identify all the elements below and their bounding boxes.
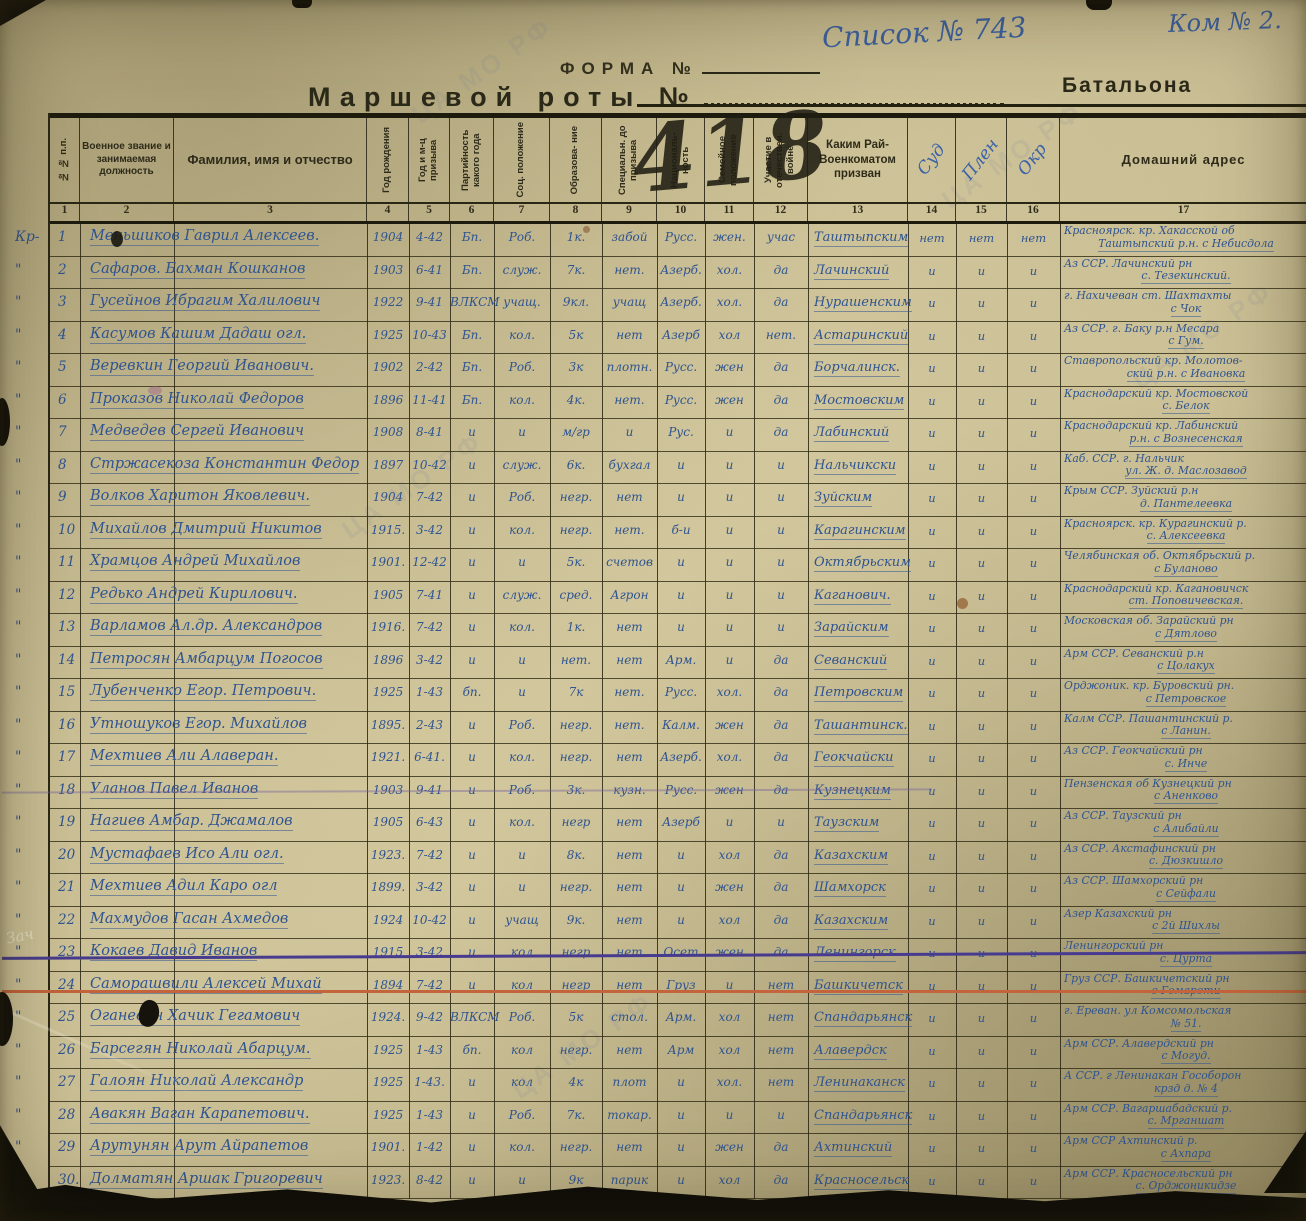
cell-commissariat: Астаринский <box>808 322 908 354</box>
address-line-2: ст. Поповичевская. <box>1064 595 1306 608</box>
cell-war-participation: да <box>754 907 808 939</box>
table-row: Кр-1Меньшиков Гаврил Алексеев.19044-42Бп… <box>50 224 1306 257</box>
cell-commissariat: Ахтинский <box>808 1134 908 1166</box>
address-line-1: Аз ССР. Таузский рн <box>1064 810 1306 823</box>
cell-address: г. Нахичеван ст. Шахтахтыс Чок <box>1060 289 1306 321</box>
cell-commissariat: Нальчикски <box>808 452 908 484</box>
cell-war-participation: да <box>754 289 808 321</box>
cell-family-status: жен <box>705 387 754 419</box>
cell-party: и <box>450 972 494 1004</box>
cell-name: Мехтиев Али Алаверан. <box>80 744 367 776</box>
cell-nationality: и <box>657 874 705 906</box>
cell-address: Орджоник. кр. Буровский рн.с Петровское <box>1060 679 1306 711</box>
cell-court: и <box>908 647 956 679</box>
edge-tear <box>0 992 13 1046</box>
cell-education: 9кл. <box>550 289 602 321</box>
cell-family-status: жен <box>705 712 754 744</box>
cell-education: 4к. <box>550 387 602 419</box>
column-number-6: 6 <box>450 204 494 221</box>
cell-social-status: и <box>494 647 550 679</box>
cell-encirclement: и <box>1007 647 1060 679</box>
address-line-2: с Цолакух <box>1064 660 1306 673</box>
cell-draft-date: 1-43. <box>409 1069 450 1101</box>
cell-captivity: и <box>956 452 1007 484</box>
margin-rank-mark: " <box>15 392 21 408</box>
cell-specialty: кузн. <box>602 777 657 809</box>
edge-tear <box>0 398 10 446</box>
cell-draft-date: 9-41 <box>409 289 450 321</box>
cell-party: и <box>450 777 494 809</box>
cell-encirclement: и <box>1007 1037 1060 1069</box>
cell-party: и <box>450 419 494 451</box>
cell-name: Касумов Кашим Дадаш огл. <box>80 322 367 354</box>
column-header-8: Образова- ние <box>550 118 602 202</box>
cell-social-status: и <box>494 874 550 906</box>
cell-birth-year: 1916. <box>367 614 409 646</box>
cell-draft-date: 6-41 <box>409 257 450 289</box>
cell-family-status: и <box>705 549 754 581</box>
cell-social-status: Роб. <box>494 484 550 516</box>
cell-party: и <box>450 1167 494 1199</box>
table-row: "10Михайлов Дмитрий Никитов1915.3-42икол… <box>50 517 1306 550</box>
table-row: "29Арутунян Арут Айрапетов1901.1-42икол.… <box>50 1134 1306 1167</box>
margin-rank-mark: " <box>15 522 21 538</box>
column-header-15: Плен <box>956 118 1007 202</box>
battalion-label: Батальона <box>1062 74 1192 98</box>
cell-commissariat: Ленинаканск <box>808 1069 908 1101</box>
column-number-8: 8 <box>550 204 602 221</box>
address-line-2: с Ланин. <box>1064 725 1306 738</box>
cell-captivity: и <box>956 744 1007 776</box>
cell-number: 22 <box>50 907 80 939</box>
cell-birth-year: 1924. <box>367 1004 409 1036</box>
cell-war-participation: да <box>754 1167 808 1199</box>
cell-name: Утношуков Егор. Михайлов <box>80 712 367 744</box>
cell-commissariat: Казахским <box>808 842 908 874</box>
cell-nationality: Арм. <box>657 647 705 679</box>
form-label: ФОРМА № <box>560 58 820 79</box>
cell-social-status: кол <box>494 972 550 1004</box>
cell-party: и <box>450 452 494 484</box>
ink-stain <box>583 226 590 233</box>
address-line-2: д. Пантелеевка <box>1064 498 1306 511</box>
cell-number: 29 <box>50 1134 80 1166</box>
address-line-1: Краснодарский кр. Лабинский <box>1064 420 1306 433</box>
address-line-2: ский р.н. с Ивановка <box>1064 368 1306 381</box>
cell-number: 11 <box>50 549 80 581</box>
cell-draft-date: 1-42 <box>409 1134 450 1166</box>
address-line-2: с Петровское <box>1064 693 1306 706</box>
cell-social-status: Роб. <box>494 712 550 744</box>
column-header-6: Партийность какого года <box>450 118 494 202</box>
cell-commissariat: Мостовским <box>808 387 908 419</box>
address-line-1: Красноярск. кр. Хакасской об <box>1064 225 1306 238</box>
column-number-3: 3 <box>174 204 367 221</box>
cell-encirclement: и <box>1007 777 1060 809</box>
cell-party: и <box>450 517 494 549</box>
cell-name: Саморашвили Алексей Михай <box>80 972 367 1004</box>
cell-name: Сафаров. Бахман Кошканов <box>80 257 367 289</box>
address-line-1: г. Ереван. ул Комсомольская <box>1064 1005 1306 1018</box>
table-row: "5Веревкин Георгий Иванович.19022-42Бп.Р… <box>50 354 1306 387</box>
cell-family-status: жен. <box>705 224 754 256</box>
cell-party: и <box>450 842 494 874</box>
cell-family-status: хол <box>705 1037 754 1069</box>
cell-specialty: бухгал <box>602 452 657 484</box>
cell-party: и <box>450 549 494 581</box>
cell-captivity: и <box>956 289 1007 321</box>
cell-name: Варламов Ал.др. Александров <box>80 614 367 646</box>
cell-encirclement: и <box>1007 842 1060 874</box>
cell-draft-date: 4-42 <box>409 224 450 256</box>
table-row: "16Утношуков Егор. Михайлов1895.2-43иРоб… <box>50 712 1306 745</box>
cell-commissariat: Таузским <box>808 809 908 841</box>
cell-war-participation: да <box>754 387 808 419</box>
cell-draft-date: 8-41 <box>409 419 450 451</box>
cell-encirclement: и <box>1007 712 1060 744</box>
cell-number: 7 <box>50 419 80 451</box>
cell-name: Веревкин Георгий Иванович. <box>80 354 367 386</box>
cell-education: 5к <box>550 322 602 354</box>
column-label: № № п.п. <box>59 138 70 182</box>
cell-war-participation: и <box>754 517 808 549</box>
cell-war-participation: учас <box>754 224 808 256</box>
cell-birth-year: 1925 <box>367 322 409 354</box>
cell-nationality: Русс. <box>657 224 705 256</box>
cell-court: и <box>908 452 956 484</box>
cell-nationality: Груз <box>657 972 705 1004</box>
cell-commissariat: Спандарьянск <box>808 1102 908 1134</box>
cell-party: Бп. <box>450 224 494 256</box>
cell-social-status: Роб. <box>494 224 550 256</box>
cell-family-status: хол. <box>705 289 754 321</box>
table-row: "20Мустафаев Исо Али огл.1923.7-42ии8к.н… <box>50 842 1306 875</box>
cell-commissariat: Кузнецким <box>808 777 908 809</box>
cell-social-status: кол <box>494 1037 550 1069</box>
cell-number: 8 <box>50 452 80 484</box>
cell-specialty: счетов <box>602 549 657 581</box>
column-label: Домашний адрес <box>1122 152 1246 168</box>
address-line-2: с. Тезекинский. <box>1064 270 1306 283</box>
cell-party: Бп. <box>450 354 494 386</box>
cell-nationality: б-и <box>657 517 705 549</box>
cell-family-status: и <box>705 809 754 841</box>
cell-party: и <box>450 1069 494 1101</box>
cell-family-status: хол. <box>705 257 754 289</box>
margin-rank-mark: " <box>15 879 21 895</box>
personnel-table: № № п.п.Военное звание и занимаемая долж… <box>48 113 1306 1199</box>
cell-family-status: хол. <box>705 744 754 776</box>
column-number-1: 1 <box>50 204 80 221</box>
cell-nationality: и <box>657 549 705 581</box>
cell-name: Проказов Николай Федоров <box>80 387 367 419</box>
table-row: "3Гусейнов Ибрагим Халилович19229-41ВЛКС… <box>50 289 1306 322</box>
cell-family-status: хол. <box>705 679 754 711</box>
cell-name: Медведев Сергей Иванович <box>80 419 367 451</box>
cell-social-status: кол. <box>494 809 550 841</box>
cell-family-status: и <box>705 517 754 549</box>
cell-birth-year: 1905 <box>367 809 409 841</box>
table-row: "13Варламов Ал.др. Александров1916.7-42и… <box>50 614 1306 647</box>
table-row: "21Мехтиев Адил Каро огл1899.3-42иинегр.… <box>50 874 1306 907</box>
cell-name: Арутунян Арут Айрапетов <box>80 1134 367 1166</box>
cell-nationality: Русс. <box>657 387 705 419</box>
cell-commissariat: Петровским <box>808 679 908 711</box>
address-line-2: с. Белок <box>1064 400 1306 413</box>
cell-address: Калм ССР. Пашантинский р.с Ланин. <box>1060 712 1306 744</box>
cell-war-participation: да <box>754 777 808 809</box>
cell-war-participation: да <box>754 712 808 744</box>
cell-commissariat: Ташантинск. <box>808 712 908 744</box>
cell-number: 12 <box>50 582 80 614</box>
cell-draft-date: 9-41 <box>409 777 450 809</box>
cell-court: и <box>908 1069 956 1101</box>
cell-name: Галоян Николай Александр <box>80 1069 367 1101</box>
cell-nationality: Русс. <box>657 354 705 386</box>
cell-specialty: нет <box>602 809 657 841</box>
margin-rank-mark: " <box>15 359 21 375</box>
scanned-muster-roll-page: Ком № 2. Список № 743 ФОРМА № Маршевой р… <box>0 0 1306 1221</box>
cell-nationality: и <box>657 452 705 484</box>
cell-party: и <box>450 582 494 614</box>
column-header-3: Фамилия, имя и отчество <box>174 118 367 202</box>
edge-notch <box>292 0 312 8</box>
cell-commissariat: Таштыпским <box>808 224 908 256</box>
table-row: "19Нагиев Амбар. Джамалов19056-43икол.не… <box>50 809 1306 842</box>
cell-commissariat: Алавердск <box>808 1037 908 1069</box>
cell-commissariat: Спандарьянск <box>808 1004 908 1036</box>
column-number-14: 14 <box>908 204 956 221</box>
table-row: "23Кокаев Давид Иванов19153-42иколнегрне… <box>50 939 1306 972</box>
cell-encirclement: и <box>1007 354 1060 386</box>
cell-captivity: и <box>956 549 1007 581</box>
cell-name: Храмцов Андрей Михайлов <box>80 549 367 581</box>
cell-encirclement: и <box>1007 809 1060 841</box>
ink-stain <box>957 598 968 609</box>
cell-birth-year: 1903 <box>367 257 409 289</box>
cell-captivity: и <box>956 322 1007 354</box>
cell-education: негр. <box>550 744 602 776</box>
cell-party: и <box>450 614 494 646</box>
cell-specialty: токар. <box>602 1102 657 1134</box>
cell-nationality: Азерб. <box>657 257 705 289</box>
margin-rank-mark: " <box>15 327 21 343</box>
cell-address: Азер Казахский рнс 2й Шихлы <box>1060 907 1306 939</box>
cell-encirclement: и <box>1007 549 1060 581</box>
corner-note: Ком № 2. <box>1168 6 1283 38</box>
cell-war-participation: да <box>754 842 808 874</box>
cell-captivity: и <box>956 1134 1007 1166</box>
cell-name: Мустафаев Исо Али огл. <box>80 842 367 874</box>
cell-number: 24 <box>50 972 80 1004</box>
cell-commissariat: Лабинский <box>808 419 908 451</box>
cell-draft-date: 7-41 <box>409 582 450 614</box>
cell-specialty: нет <box>602 972 657 1004</box>
cell-name: Гусейнов Ибрагим Халилович <box>80 289 367 321</box>
cell-encirclement: и <box>1007 1134 1060 1166</box>
table-row: "17Мехтиев Али Алаверан.1921.6-41.икол.н… <box>50 744 1306 777</box>
cell-specialty: плотн. <box>602 354 657 386</box>
cell-party: ВЛКСМ <box>450 289 494 321</box>
cell-education: негр. <box>550 484 602 516</box>
cell-specialty: нет <box>602 1134 657 1166</box>
table-row: "12Редько Андрей Кирилович.19057-41ислуж… <box>50 582 1306 615</box>
cell-education: 9к. <box>550 907 602 939</box>
cell-name: Редько Андрей Кирилович. <box>80 582 367 614</box>
torn-corner-top-left <box>0 0 46 26</box>
cell-number: 23 <box>50 939 80 971</box>
margin-rank-mark: " <box>15 587 21 603</box>
cell-education: 8к. <box>550 842 602 874</box>
cell-family-status: и <box>705 484 754 516</box>
column-label: Военное звание и занимаемая должность <box>81 141 172 179</box>
cell-nationality: Арм <box>657 1037 705 1069</box>
cell-war-participation: да <box>754 744 808 776</box>
cell-draft-date: 8-42 <box>409 1167 450 1199</box>
cell-court: и <box>908 777 956 809</box>
cell-address: Аз ССР. Шамхорский рнс Сейфали <box>1060 874 1306 906</box>
cell-party: и <box>450 744 494 776</box>
address-line-1: Аз ССР. Шамхорский рн <box>1064 875 1306 888</box>
cell-court: и <box>908 387 956 419</box>
cell-captivity: и <box>956 777 1007 809</box>
cell-social-status: служ. <box>494 257 550 289</box>
cell-specialty: нет <box>602 647 657 679</box>
column-header-2: Военное звание и занимаемая должность <box>80 118 174 202</box>
cell-education: 7к <box>550 679 602 711</box>
cell-name: Михайлов Дмитрий Никитов <box>80 517 367 549</box>
cell-commissariat: Геокчайски <box>808 744 908 776</box>
cell-address: Челябинская об. Октябрьский р.с Буланово <box>1060 549 1306 581</box>
cell-education: 4к <box>550 1069 602 1101</box>
address-line-2: с. Дюзкишло <box>1064 855 1306 868</box>
cell-education: м/гр <box>550 419 602 451</box>
cell-specialty: нет <box>602 744 657 776</box>
address-line-2: с. Мрганшат <box>1064 1115 1306 1128</box>
cell-social-status: учащ. <box>494 289 550 321</box>
cell-captivity: и <box>956 1069 1007 1101</box>
cell-court: и <box>908 419 956 451</box>
cell-commissariat: Севанский <box>808 647 908 679</box>
handwritten-column-label: Плен <box>958 135 1004 185</box>
cell-birth-year: 1923. <box>367 1167 409 1199</box>
cell-specialty: Агрон <box>602 582 657 614</box>
cell-draft-date: 3-42 <box>409 874 450 906</box>
table-row: "22Махмудов Гасан Ахмедов192410-42иучащ9… <box>50 907 1306 940</box>
cell-court: и <box>908 322 956 354</box>
cell-address: Аз ССР. Геокчайский рнс. Инче <box>1060 744 1306 776</box>
cell-draft-date: 12-42 <box>409 549 450 581</box>
cell-encirclement: и <box>1007 517 1060 549</box>
cell-nationality: и <box>657 1069 705 1101</box>
cell-encirclement: и <box>1007 322 1060 354</box>
address-line-2: с Аненково <box>1064 790 1306 803</box>
margin-rank-mark: " <box>15 847 21 863</box>
cell-number: 14 <box>50 647 80 679</box>
cell-court: и <box>908 972 956 1004</box>
cell-captivity: и <box>956 354 1007 386</box>
cell-family-status: и <box>705 972 754 1004</box>
cell-address: Московская об. Зарайский рнс Дятлово <box>1060 614 1306 646</box>
margin-rank-mark: " <box>15 262 21 278</box>
cell-family-status: хол <box>705 1004 754 1036</box>
cell-family-status: и <box>705 452 754 484</box>
address-line-2: крзд д. № 4 <box>1064 1083 1306 1096</box>
cell-address: Крым ССР. Зуйский р.нд. Пантелеевка <box>1060 484 1306 516</box>
cell-encirclement: и <box>1007 679 1060 711</box>
cell-nationality: Азерб <box>657 809 705 841</box>
cell-party: бп. <box>450 679 494 711</box>
cell-social-status: кол. <box>494 1134 550 1166</box>
cell-birth-year: 1902 <box>367 354 409 386</box>
cell-commissariat: Зуйским <box>808 484 908 516</box>
cell-address: Ставропольский кр. Молотов-ский р.н. с И… <box>1060 354 1306 386</box>
margin-rank-mark: " <box>15 684 21 700</box>
cell-social-status: служ. <box>494 452 550 484</box>
cell-court: и <box>908 1004 956 1036</box>
cell-social-status: кол. <box>494 322 550 354</box>
column-label: Фамилия, имя и отчество <box>187 152 352 168</box>
cell-commissariat: Шамхорск <box>808 874 908 906</box>
table-row: "24Саморашвили Алексей Михай18947-42икол… <box>50 972 1306 1005</box>
cell-birth-year: 1915. <box>367 517 409 549</box>
cell-court: нет <box>908 224 956 256</box>
cell-commissariat: Башкичетск <box>808 972 908 1004</box>
cell-number: 5 <box>50 354 80 386</box>
cell-court: и <box>908 257 956 289</box>
cell-birth-year: 1899. <box>367 874 409 906</box>
address-line-2: с Алибайли <box>1064 823 1306 836</box>
cell-family-status: и <box>705 582 754 614</box>
cell-address: Краснодарский кр. Лабинскийр.н. с Вознес… <box>1060 419 1306 451</box>
column-header-16: Окр <box>1007 118 1060 202</box>
cell-captivity: и <box>956 1167 1007 1199</box>
cell-family-status: и <box>705 419 754 451</box>
cell-commissariat: Лачинский <box>808 257 908 289</box>
cell-family-status: хол <box>705 322 754 354</box>
column-label: Образова- ние <box>570 126 581 194</box>
cell-address: Аз ССР. Таузский рнс Алибайли <box>1060 809 1306 841</box>
table-row: "11Храмцов Андрей Михайлов1901.12-42ии5к… <box>50 549 1306 582</box>
form-label-text: ФОРМА № <box>560 59 698 78</box>
cell-address: Красноярск. кр. Хакасской обТаштыпский р… <box>1060 224 1306 256</box>
cell-family-status: жен <box>705 354 754 386</box>
cell-education: негр. <box>550 1037 602 1069</box>
cell-war-participation: и <box>754 1102 808 1134</box>
cell-nationality: и <box>657 907 705 939</box>
cell-address: Арм ССР. Вагаршабадский р.с. Мрганшат <box>1060 1102 1306 1134</box>
cell-education: негр. <box>550 517 602 549</box>
handwritten-column-label: Окр <box>1014 140 1052 181</box>
cell-captivity: и <box>956 647 1007 679</box>
column-number-12: 12 <box>754 204 808 221</box>
cell-number: 15 <box>50 679 80 711</box>
cell-family-status: жен <box>705 777 754 809</box>
cell-birth-year: 1924 <box>367 907 409 939</box>
cell-number: 9 <box>50 484 80 516</box>
handwritten-company-number: 418 <box>628 90 835 215</box>
cell-encirclement: и <box>1007 1004 1060 1036</box>
cell-captivity: и <box>956 972 1007 1004</box>
cell-social-status: Роб. <box>494 354 550 386</box>
handwritten-column-label: Суд <box>913 140 950 180</box>
cell-nationality: и <box>657 484 705 516</box>
cell-education: нет. <box>550 647 602 679</box>
edge-notch <box>1086 0 1112 10</box>
column-number-16: 16 <box>1007 204 1060 221</box>
cell-education: 5к <box>550 1004 602 1036</box>
cell-court: и <box>908 289 956 321</box>
